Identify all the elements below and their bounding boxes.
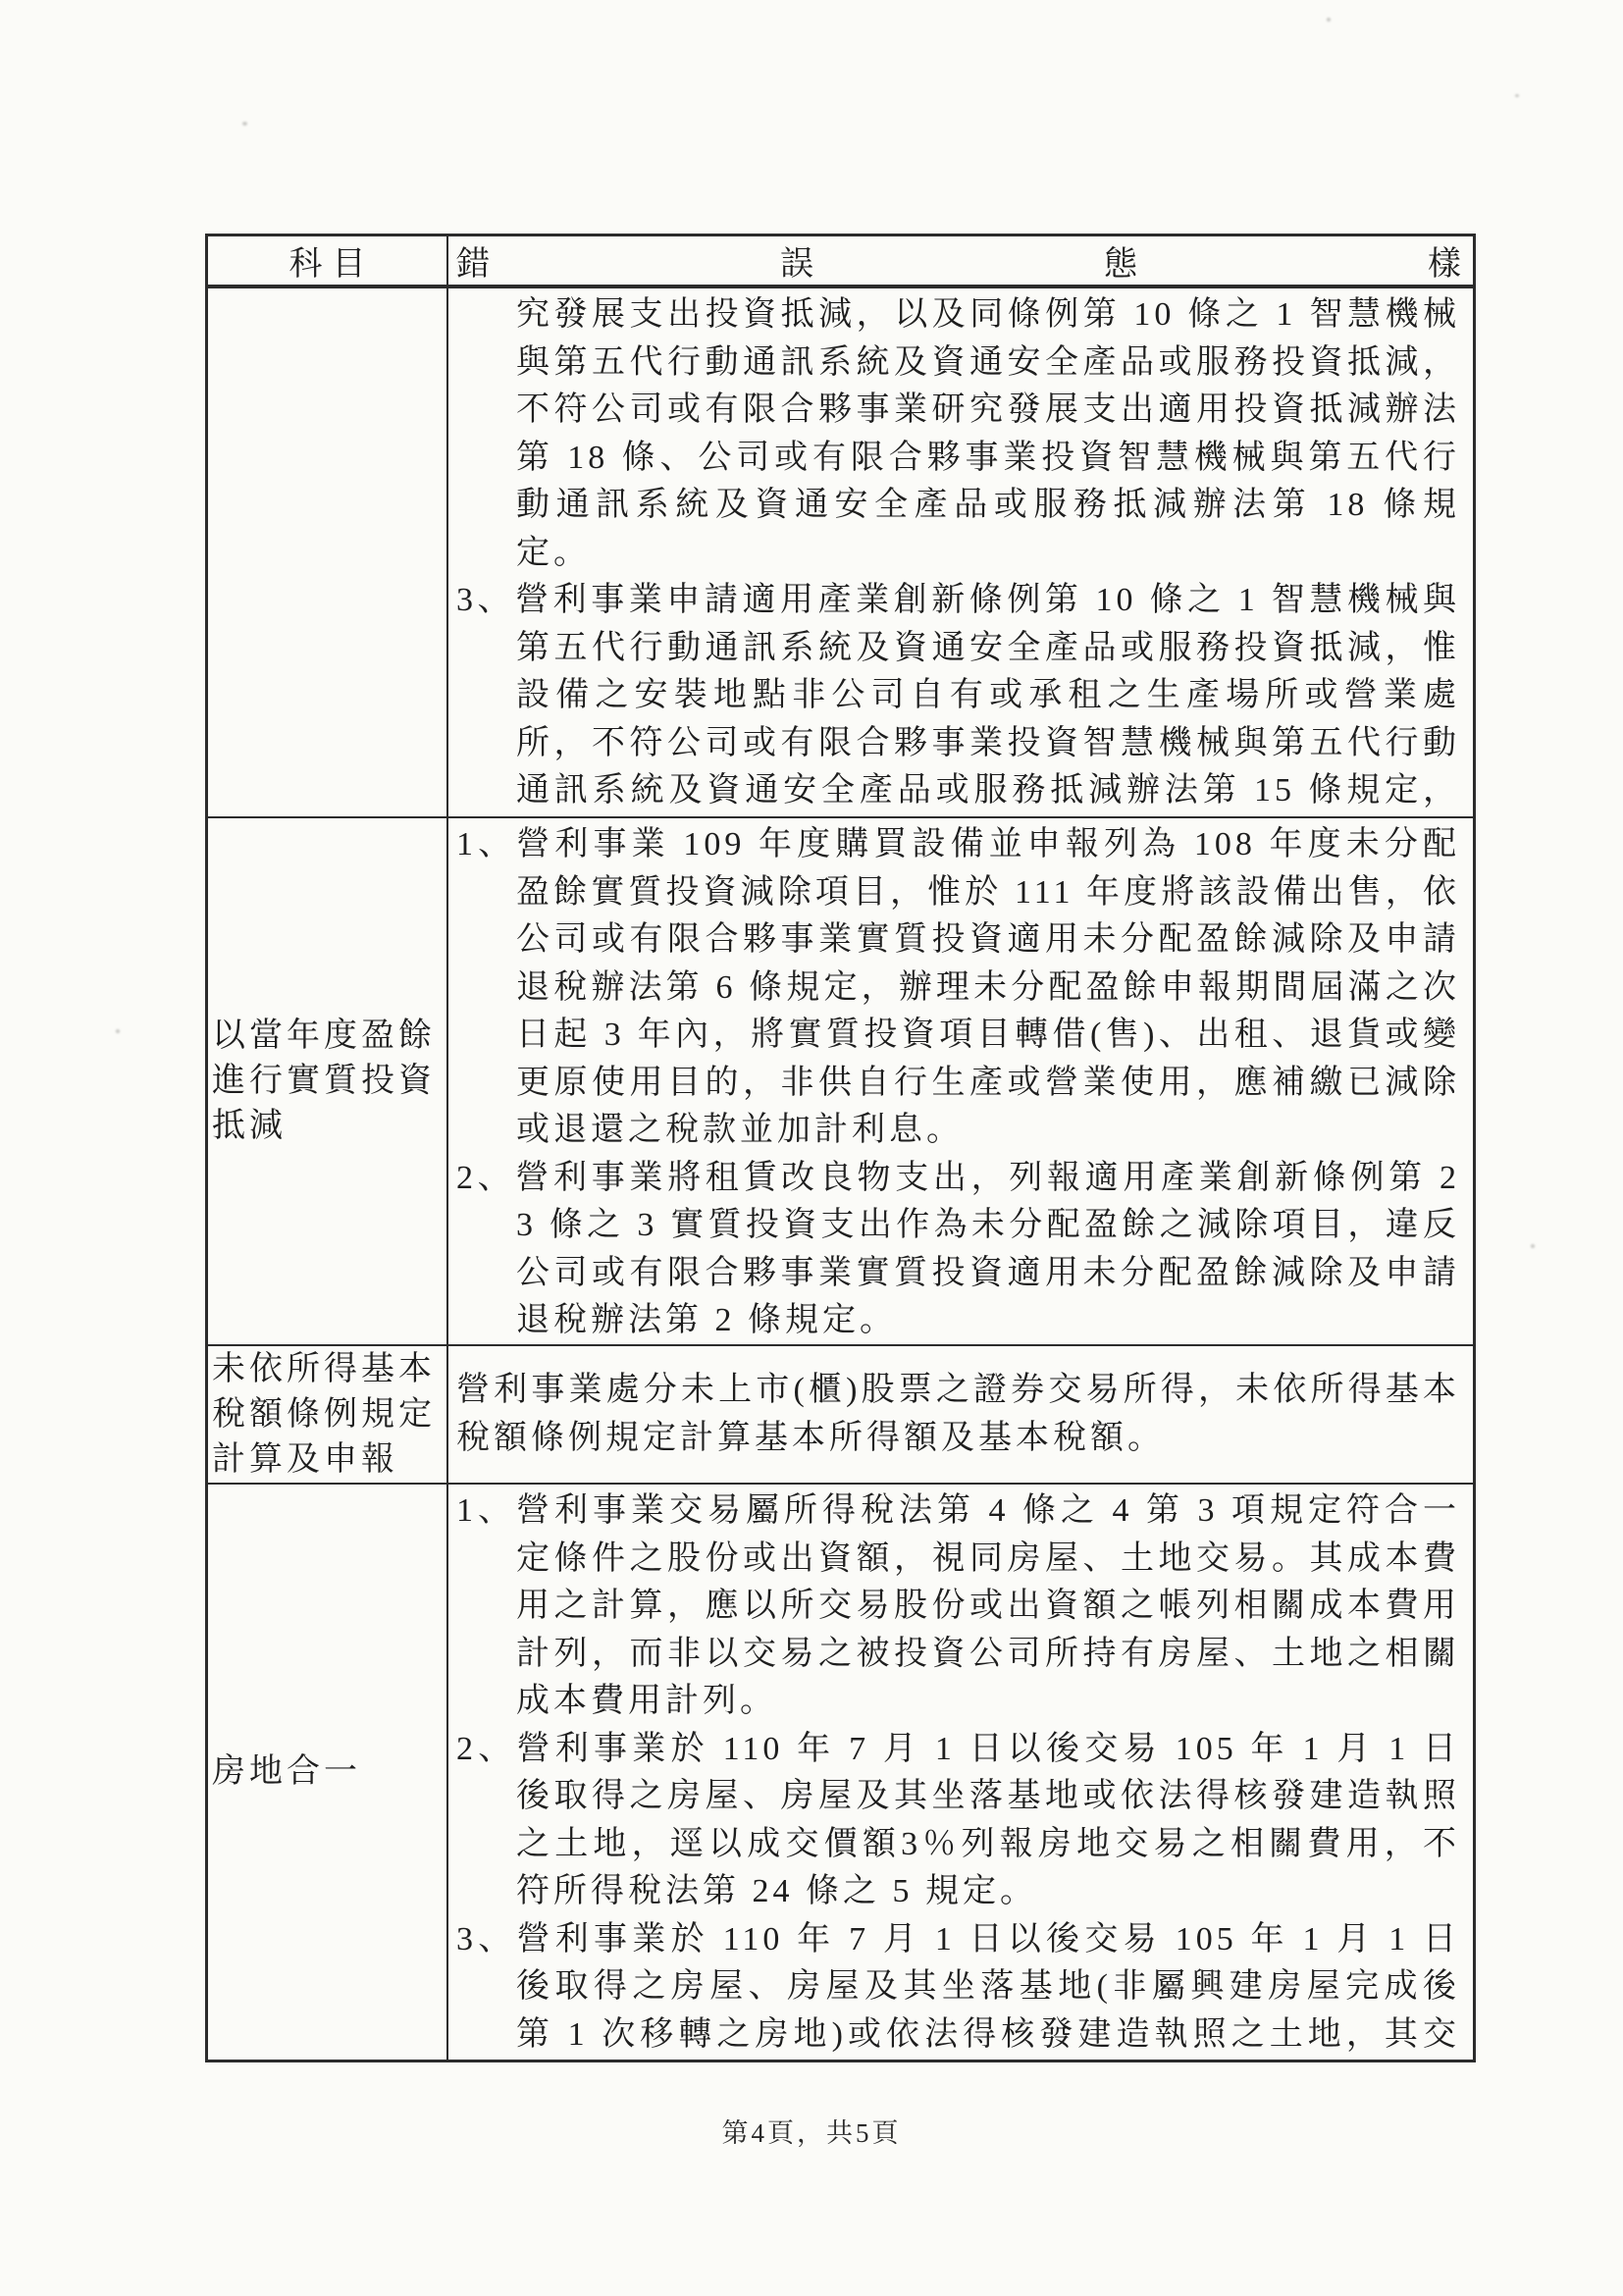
error-item: 3、營利事業於 110 年 7 月 1 日以後交易 105 年 1 月 1 日後… (456, 1916, 1460, 2061)
item-number: 3、 (456, 582, 515, 618)
item-text: 營利事業於 110 年 7 月 1 日以後交易 105 年 1 月 1 日後取得… (516, 1921, 1460, 2061)
item-number: 2、 (456, 1160, 515, 1196)
header-subject-cell: 科目 (208, 236, 448, 288)
item-text: 營利事業 109 年度購買設備並申報列為 108 年度未分配盈餘實質投資減除項目… (516, 826, 1460, 1148)
scan-speck (1531, 1244, 1535, 1248)
error-item-continuation: 究發展支出投資抵減，以及同條例第 10 條之 1 智慧機械與第五代行動通訊系統及… (456, 291, 1460, 577)
scan-speck (1515, 94, 1519, 97)
item-number: 3、 (456, 1921, 517, 1957)
error-item: 1、營利事業交易屬所得稅法第 4 條之 4 第 3 項規定符合一定條件之股份或出… (456, 1487, 1460, 1726)
scan-speck (1185, 467, 1189, 470)
subject-cell-row1 (208, 288, 448, 818)
item-text: 營利事業於 110 年 7 月 1 日以後交易 105 年 1 月 1 日後取得… (516, 1731, 1460, 1910)
header-error-cell: 錯 誤 態 樣 (448, 236, 1473, 288)
error-item: 1、營利事業 109 年度購買設備並申報列為 108 年度未分配盈餘實質投資減除… (456, 821, 1460, 1155)
scan-speck (242, 122, 247, 126)
header-error-char: 錯 (456, 236, 490, 285)
content-cell-row3: 營利事業處分未上市(櫃)股票之證券交易所得，未依所得基本稅額條例規定計算基本所得… (448, 1346, 1473, 1485)
item-text: 究發展支出投資抵減，以及同條例第 10 條之 1 智慧機械與第五代行動通訊系統及… (516, 296, 1460, 571)
header-subject-label: 科目 (280, 236, 376, 285)
error-item: 2、營利事業將租賃改良物支出，列報適用產業創新條例第 23 條之 3 實質投資支… (456, 1155, 1460, 1345)
error-patterns-table: 科目 錯 誤 態 樣 究發展支出投資抵減，以及同條例第 10 條之 1 智慧機械… (205, 234, 1476, 2062)
error-item: 3、營利事業申請適用產業創新條例第 10 條之 1 智慧機械與第五代行動通訊系統… (456, 577, 1460, 818)
header-error-char: 態 (1104, 236, 1137, 285)
item-text: 營利事業申請適用產業創新條例第 10 條之 1 智慧機械與第五代行動通訊系統及資… (515, 582, 1460, 818)
item-number: 1、 (456, 826, 516, 862)
item-number: 1、 (456, 1492, 516, 1529)
header-error-char: 誤 (780, 236, 813, 285)
header-error-char: 樣 (1428, 236, 1461, 285)
scan-speck (116, 1029, 120, 1033)
item-text: 營利事業處分未上市(櫃)股票之證券交易所得，未依所得基本稅額條例規定計算基本所得… (456, 1372, 1460, 1456)
page-footer: 第4頁，共5頁 (0, 2112, 1623, 2150)
subject-cell-row3: 未依所得基本稅額條例規定計算及申報 (208, 1346, 448, 1485)
subject-label: 未依所得基本稅額條例規定計算及申報 (212, 1347, 443, 1483)
subject-label: 房地合一 (212, 1749, 361, 1795)
content-cell-row1: 究發展支出投資抵減，以及同條例第 10 條之 1 智慧機械與第五代行動通訊系統及… (448, 288, 1473, 818)
subject-cell-row2: 以當年度盈餘進行實質投資抵減 (208, 818, 448, 1346)
content-cell-row4: 1、營利事業交易屬所得稅法第 4 條之 4 第 3 項規定符合一定條件之股份或出… (448, 1485, 1473, 2060)
item-text: 營利事業交易屬所得稅法第 4 條之 4 第 3 項規定符合一定條件之股份或出資額… (516, 1492, 1460, 1719)
scan-speck (1327, 18, 1331, 22)
error-item: 營利事業處分未上市(櫃)股票之證券交易所得，未依所得基本稅額條例規定計算基本所得… (456, 1367, 1460, 1462)
scanned-document-page: 科目 錯 誤 態 樣 究發展支出投資抵減，以及同條例第 10 條之 1 智慧機械… (0, 0, 1623, 2296)
subject-label: 以當年度盈餘進行實質投資抵減 (212, 1014, 443, 1149)
item-number: 2、 (456, 1731, 517, 1767)
item-text: 營利事業將租賃改良物支出，列報適用產業創新條例第 23 條之 3 實質投資支出作… (515, 1160, 1460, 1339)
content-cell-row2: 1、營利事業 109 年度購買設備並申報列為 108 年度未分配盈餘實質投資減除… (448, 818, 1473, 1346)
subject-cell-row4: 房地合一 (208, 1485, 448, 2060)
error-item: 2、營利事業於 110 年 7 月 1 日以後交易 105 年 1 月 1 日後… (456, 1726, 1460, 1916)
